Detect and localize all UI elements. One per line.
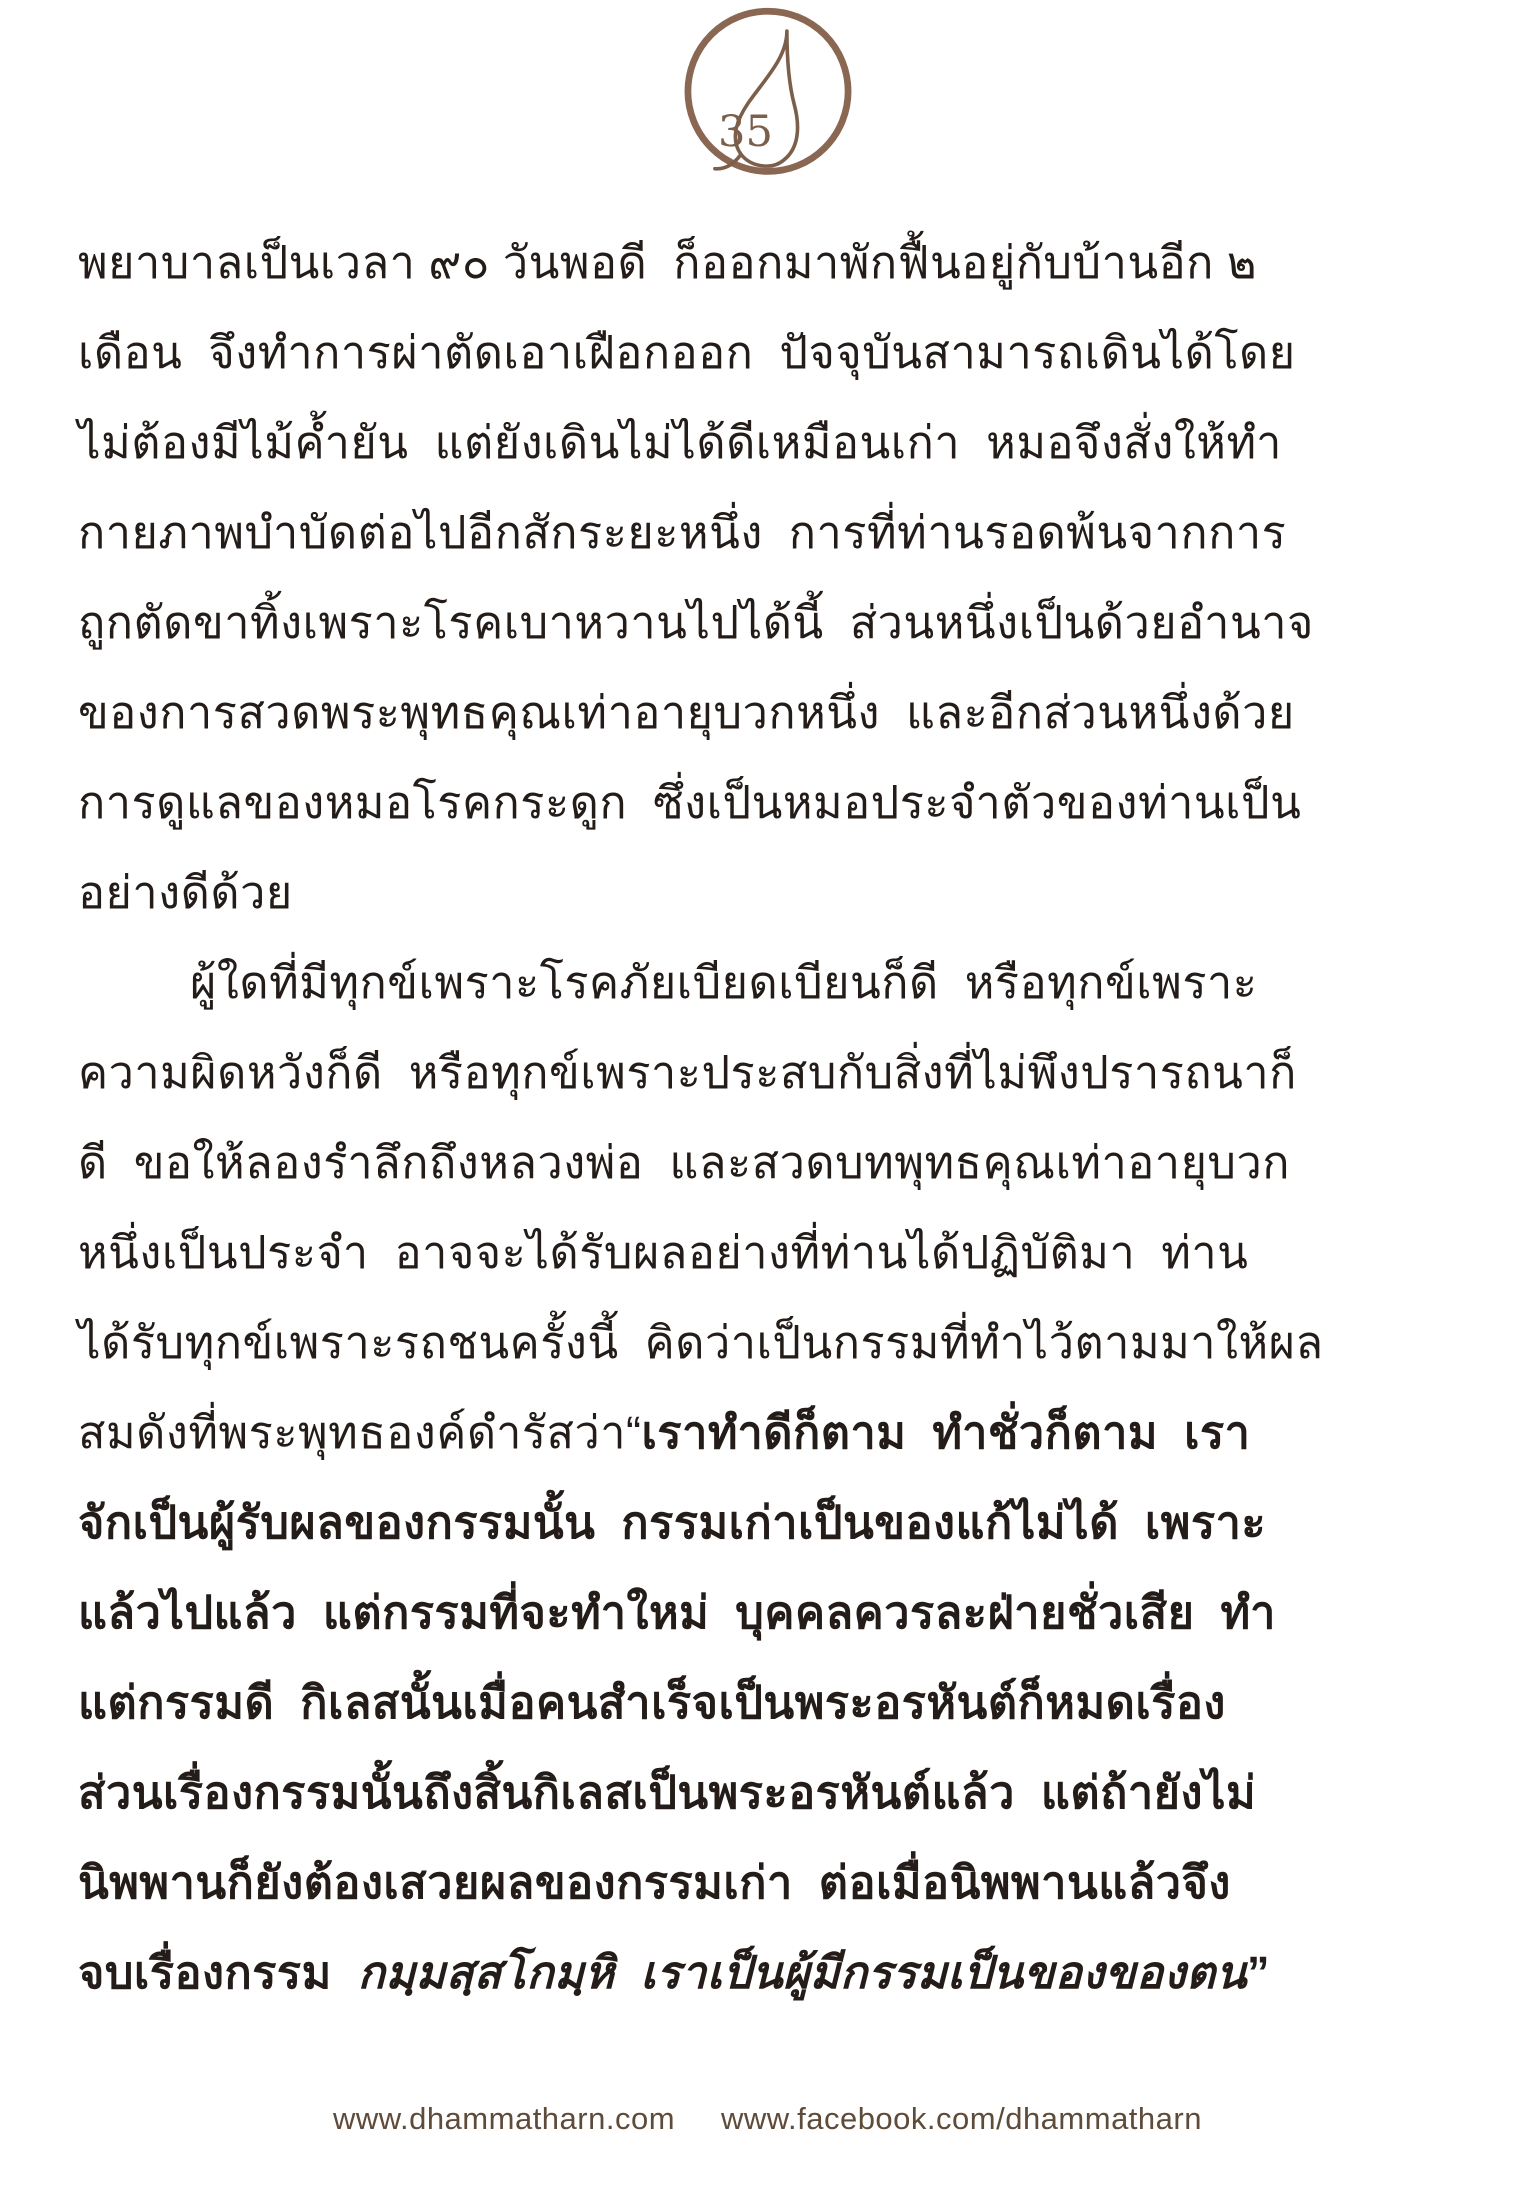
book-page: 35 พยาบาลเป็นเวลา ๙๐ วันพอดี ก็ออกมาพักฟ…: [0, 0, 1535, 2185]
text-line: จักเป็นผู้รับผลของกรรมนั้น กรรมเก่าเป็นข…: [78, 1478, 1463, 1568]
text-line: กายภาพบำบัดต่อไปอีกสักระยะหนึ่ง การที่ท่…: [78, 488, 1463, 578]
text-segment: ถูกตัดขาทิ้งเพราะโรคเบาหวานไปได้นี้ ส่วน…: [78, 597, 1314, 648]
page-emblem: 35: [678, 4, 858, 184]
text-segment: ส่วนเรื่องกรรมนั้นถึงสิ้นกิเลสเป็นพระอรห…: [78, 1767, 1256, 1818]
text-line: ดี ขอให้ลองรำลึกถึงหลวงพ่อ และสวดบทพุทธค…: [78, 1118, 1463, 1208]
text-line: ได้รับทุกข์เพราะรถชนครั้งนี้ คิดว่าเป็นก…: [78, 1298, 1463, 1388]
text-segment: ดี ขอให้ลองรำลึกถึงหลวงพ่อ และสวดบทพุทธค…: [78, 1137, 1290, 1188]
footer-site-url: www.dhammatharn.com: [333, 2101, 675, 2137]
footer-facebook-url: www.facebook.com/dhammatharn: [721, 2101, 1202, 2137]
text-line: จบเรื่องกรรม กมฺมสฺสโกมฺหิ เราเป็นผู้มีก…: [78, 1928, 1463, 2018]
text-line: ไม่ต้องมีไม้ค้ำยัน แต่ยังเดินไม่ได้ดีเหม…: [78, 398, 1463, 488]
text-line: การดูแลของหมอโรคกระดูก ซึ่งเป็นหมอประจำต…: [78, 758, 1463, 848]
text-line: แล้วไปแล้ว แต่กรรมที่จะทำใหม่ บุคคลควรละ…: [78, 1568, 1463, 1658]
text-segment: แล้วไปแล้ว แต่กรรมที่จะทำใหม่ บุคคลควรละ…: [78, 1587, 1276, 1638]
text-segment: อย่างดีด้วย: [78, 867, 293, 918]
text-segment: นิพพานก็ยังต้องเสวยผลของกรรมเก่า ต่อเมื่…: [78, 1857, 1231, 1908]
text-segment: การดูแลของหมอโรคกระดูก ซึ่งเป็นหมอประจำต…: [78, 777, 1301, 828]
text-segment: พยาบาลเป็นเวลา ๙๐ วันพอดี ก็ออกมาพักฟื้น…: [78, 237, 1257, 288]
text-segment: หนึ่งเป็นประจำ อาจจะได้รับผลอย่างที่ท่าน…: [78, 1227, 1248, 1278]
text-line: แต่กรรมดี กิเลสนั้นเมื่อคนสำเร็จเป็นพระอ…: [78, 1658, 1463, 1748]
text-segment: จบเรื่องกรรม: [78, 1947, 358, 1998]
text-segment: สมดังที่พระพุทธองค์ดำรัสว่า“: [78, 1407, 642, 1458]
text-segment: กายภาพบำบัดต่อไปอีกสักระยะหนึ่ง การที่ท่…: [78, 507, 1286, 558]
text-line: อย่างดีด้วย: [78, 848, 1463, 938]
text-segment: เดือน จึงทำการผ่าตัดเอาเฝือกออก ปัจจุบัน…: [78, 327, 1296, 378]
text-segment: กมฺมสฺสโกมฺหิ เราเป็นผู้มีกรรมเป็นของของ…: [358, 1947, 1247, 1998]
text-line: ผู้ใดที่มีทุกข์เพราะโรคภัยเบียดเบียนก็ดี…: [78, 938, 1463, 1028]
text-segment: ”: [1247, 1947, 1270, 1998]
text-line: เดือน จึงทำการผ่าตัดเอาเฝือกออก ปัจจุบัน…: [78, 308, 1463, 398]
text-segment: ได้รับทุกข์เพราะรถชนครั้งนี้ คิดว่าเป็นก…: [78, 1317, 1324, 1368]
text-segment: เราทำดีก็ตาม ทำชั่วก็ตาม เรา: [642, 1407, 1251, 1458]
text-segment: จักเป็นผู้รับผลของกรรมนั้น กรรมเก่าเป็นข…: [78, 1497, 1266, 1548]
text-line: ถูกตัดขาทิ้งเพราะโรคเบาหวานไปได้นี้ ส่วน…: [78, 578, 1463, 668]
body-text: พยาบาลเป็นเวลา ๙๐ วันพอดี ก็ออกมาพักฟื้น…: [78, 218, 1463, 2018]
text-line: พยาบาลเป็นเวลา ๙๐ วันพอดี ก็ออกมาพักฟื้น…: [78, 218, 1463, 308]
text-line: ของการสวดพระพุทธคุณเท่าอายุบวกหนึ่ง และอ…: [78, 668, 1463, 758]
text-segment: ความผิดหวังก็ดี หรือทุกข์เพราะประสบกับสิ…: [78, 1047, 1297, 1098]
page-number: 35: [718, 107, 773, 157]
text-line: นิพพานก็ยังต้องเสวยผลของกรรมเก่า ต่อเมื่…: [78, 1838, 1463, 1928]
text-segment: ของการสวดพระพุทธคุณเท่าอายุบวกหนึ่ง และอ…: [78, 687, 1295, 738]
text-segment: แต่กรรมดี กิเลสนั้นเมื่อคนสำเร็จเป็นพระอ…: [78, 1677, 1226, 1728]
text-line: ส่วนเรื่องกรรมนั้นถึงสิ้นกิเลสเป็นพระอรห…: [78, 1748, 1463, 1838]
text-line: สมดังที่พระพุทธองค์ดำรัสว่า“เราทำดีก็ตาม…: [78, 1388, 1463, 1478]
text-segment: ไม่ต้องมีไม้ค้ำยัน แต่ยังเดินไม่ได้ดีเหม…: [78, 417, 1282, 468]
text-line: ความผิดหวังก็ดี หรือทุกข์เพราะประสบกับสิ…: [78, 1028, 1463, 1118]
text-segment: ผู้ใดที่มีทุกข์เพราะโรคภัยเบียดเบียนก็ดี…: [190, 957, 1257, 1008]
page-footer: www.dhammatharn.com www.facebook.com/dha…: [0, 2101, 1535, 2137]
text-line: หนึ่งเป็นประจำ อาจจะได้รับผลอย่างที่ท่าน…: [78, 1208, 1463, 1298]
